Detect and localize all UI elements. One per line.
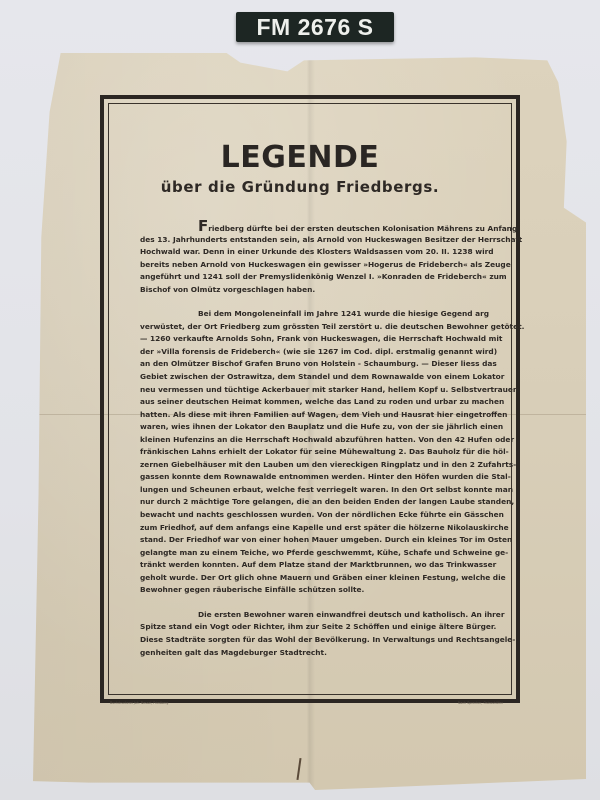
text-line: an den Olmützer Bischof Grafen Bruno von… [140,358,480,371]
text-line: Die ersten Bewohner waren einwandfrei de… [140,609,480,622]
text-line: hatten. Als diese mit ihren Familien auf… [140,409,480,422]
text-line: zum Friedhof, auf dem anfangs eine Kapel… [140,522,480,535]
text-line: fränkischen Lahns erhielt der Lokator fü… [140,446,480,459]
text-line: angeführt und 1241 soll der Premyslidenk… [140,271,480,284]
text-line: geholt wurde. Der Ort glich ohne Mauern … [140,572,480,585]
text-line: kleinen Hufenzins an die Herrschaft Hoch… [140,434,480,447]
catalog-number: FM 2676 S [257,16,374,39]
catalog-label-tag: FM 2676 S [236,12,394,42]
text-line: Hochwald war. Denn in einer Urkunde des … [140,246,480,259]
text-line: der »Villa forensis de Frideberch« (wie … [140,346,480,359]
text-line: bewacht und nachts geschlossen wurden. V… [140,509,480,522]
drop-cap: F [198,217,208,235]
text-line: lungen und Scheunen erbaut, welche fest … [140,484,480,497]
text-line: gelangte man zu einem Teiche, wo Pferde … [140,547,480,560]
text-line: verwüstet, der Ort Friedberg zum grösste… [140,321,480,334]
text-line: Bei dem Mongoleneinfall im Jahre 1241 wu… [140,308,480,321]
paragraph: Friedberg dürfte bei der ersten deutsche… [140,221,480,296]
paragraph: Die ersten Bewohner waren einwandfrei de… [140,609,480,659]
paragraph-gap [140,296,480,308]
text-line: Bewohner gegen räuberische Einfälle schü… [140,584,480,597]
text-line: aus seiner deutschen Heimat kommen, welc… [140,396,480,409]
text-line: — 1260 verkaufte Arnolds Sohn, Frank von… [140,333,480,346]
text-line: zernen Giebelhäuser mit den Lauben um de… [140,459,480,472]
text-line: nur durch 2 mächtige Tore gelangen, die … [140,496,480,509]
poster-subtitle: über die Gründung Friedbergs. [0,178,600,196]
poster-body: Friedberg dürfte bei der ersten deutsche… [140,221,480,659]
text-line: genheiten galt das Magdeburger Stadtrech… [140,647,480,660]
text-line: Friedberg dürfte bei der ersten deutsche… [140,221,480,234]
poster-title: LEGENDE [0,140,600,175]
text-line: tränkt werden konnten. Auf dem Platze st… [140,559,480,572]
text-line: Diese Stadträte sorgten für das Wohl der… [140,634,480,647]
text-line: des 13. Jahrhunderts entstanden sein, al… [140,234,480,247]
text-line: Gebiet zwischen der Ostrawitza, dem Stan… [140,371,480,384]
author-imprint: Nach Sprecher, Ostrauhöfen [458,701,503,705]
paragraph: Bei dem Mongoleneinfall im Jahre 1241 wu… [140,308,480,597]
text-line: Bischof von Olmütz vorgeschlagen haben. [140,284,480,297]
text-line: gassen konnte dem Rownawalde entnommen w… [140,471,480,484]
printer-imprint: Buchdruckerei Joh. Nessel, Friedberg [110,701,168,705]
text-line: bereits neben Arnold von Huckeswagen ein… [140,259,480,272]
paragraph-gap [140,597,480,609]
text-line: waren, wies ihnen der Lokator den Baupla… [140,421,480,434]
text-line: Spitze stand ein Vogt oder Richter, ihm … [140,621,480,634]
text-line: neu vermessen und tüchtige Ackerbauer mi… [140,384,480,397]
text-line: stand. Der Friedhof war von einer hohen … [140,534,480,547]
